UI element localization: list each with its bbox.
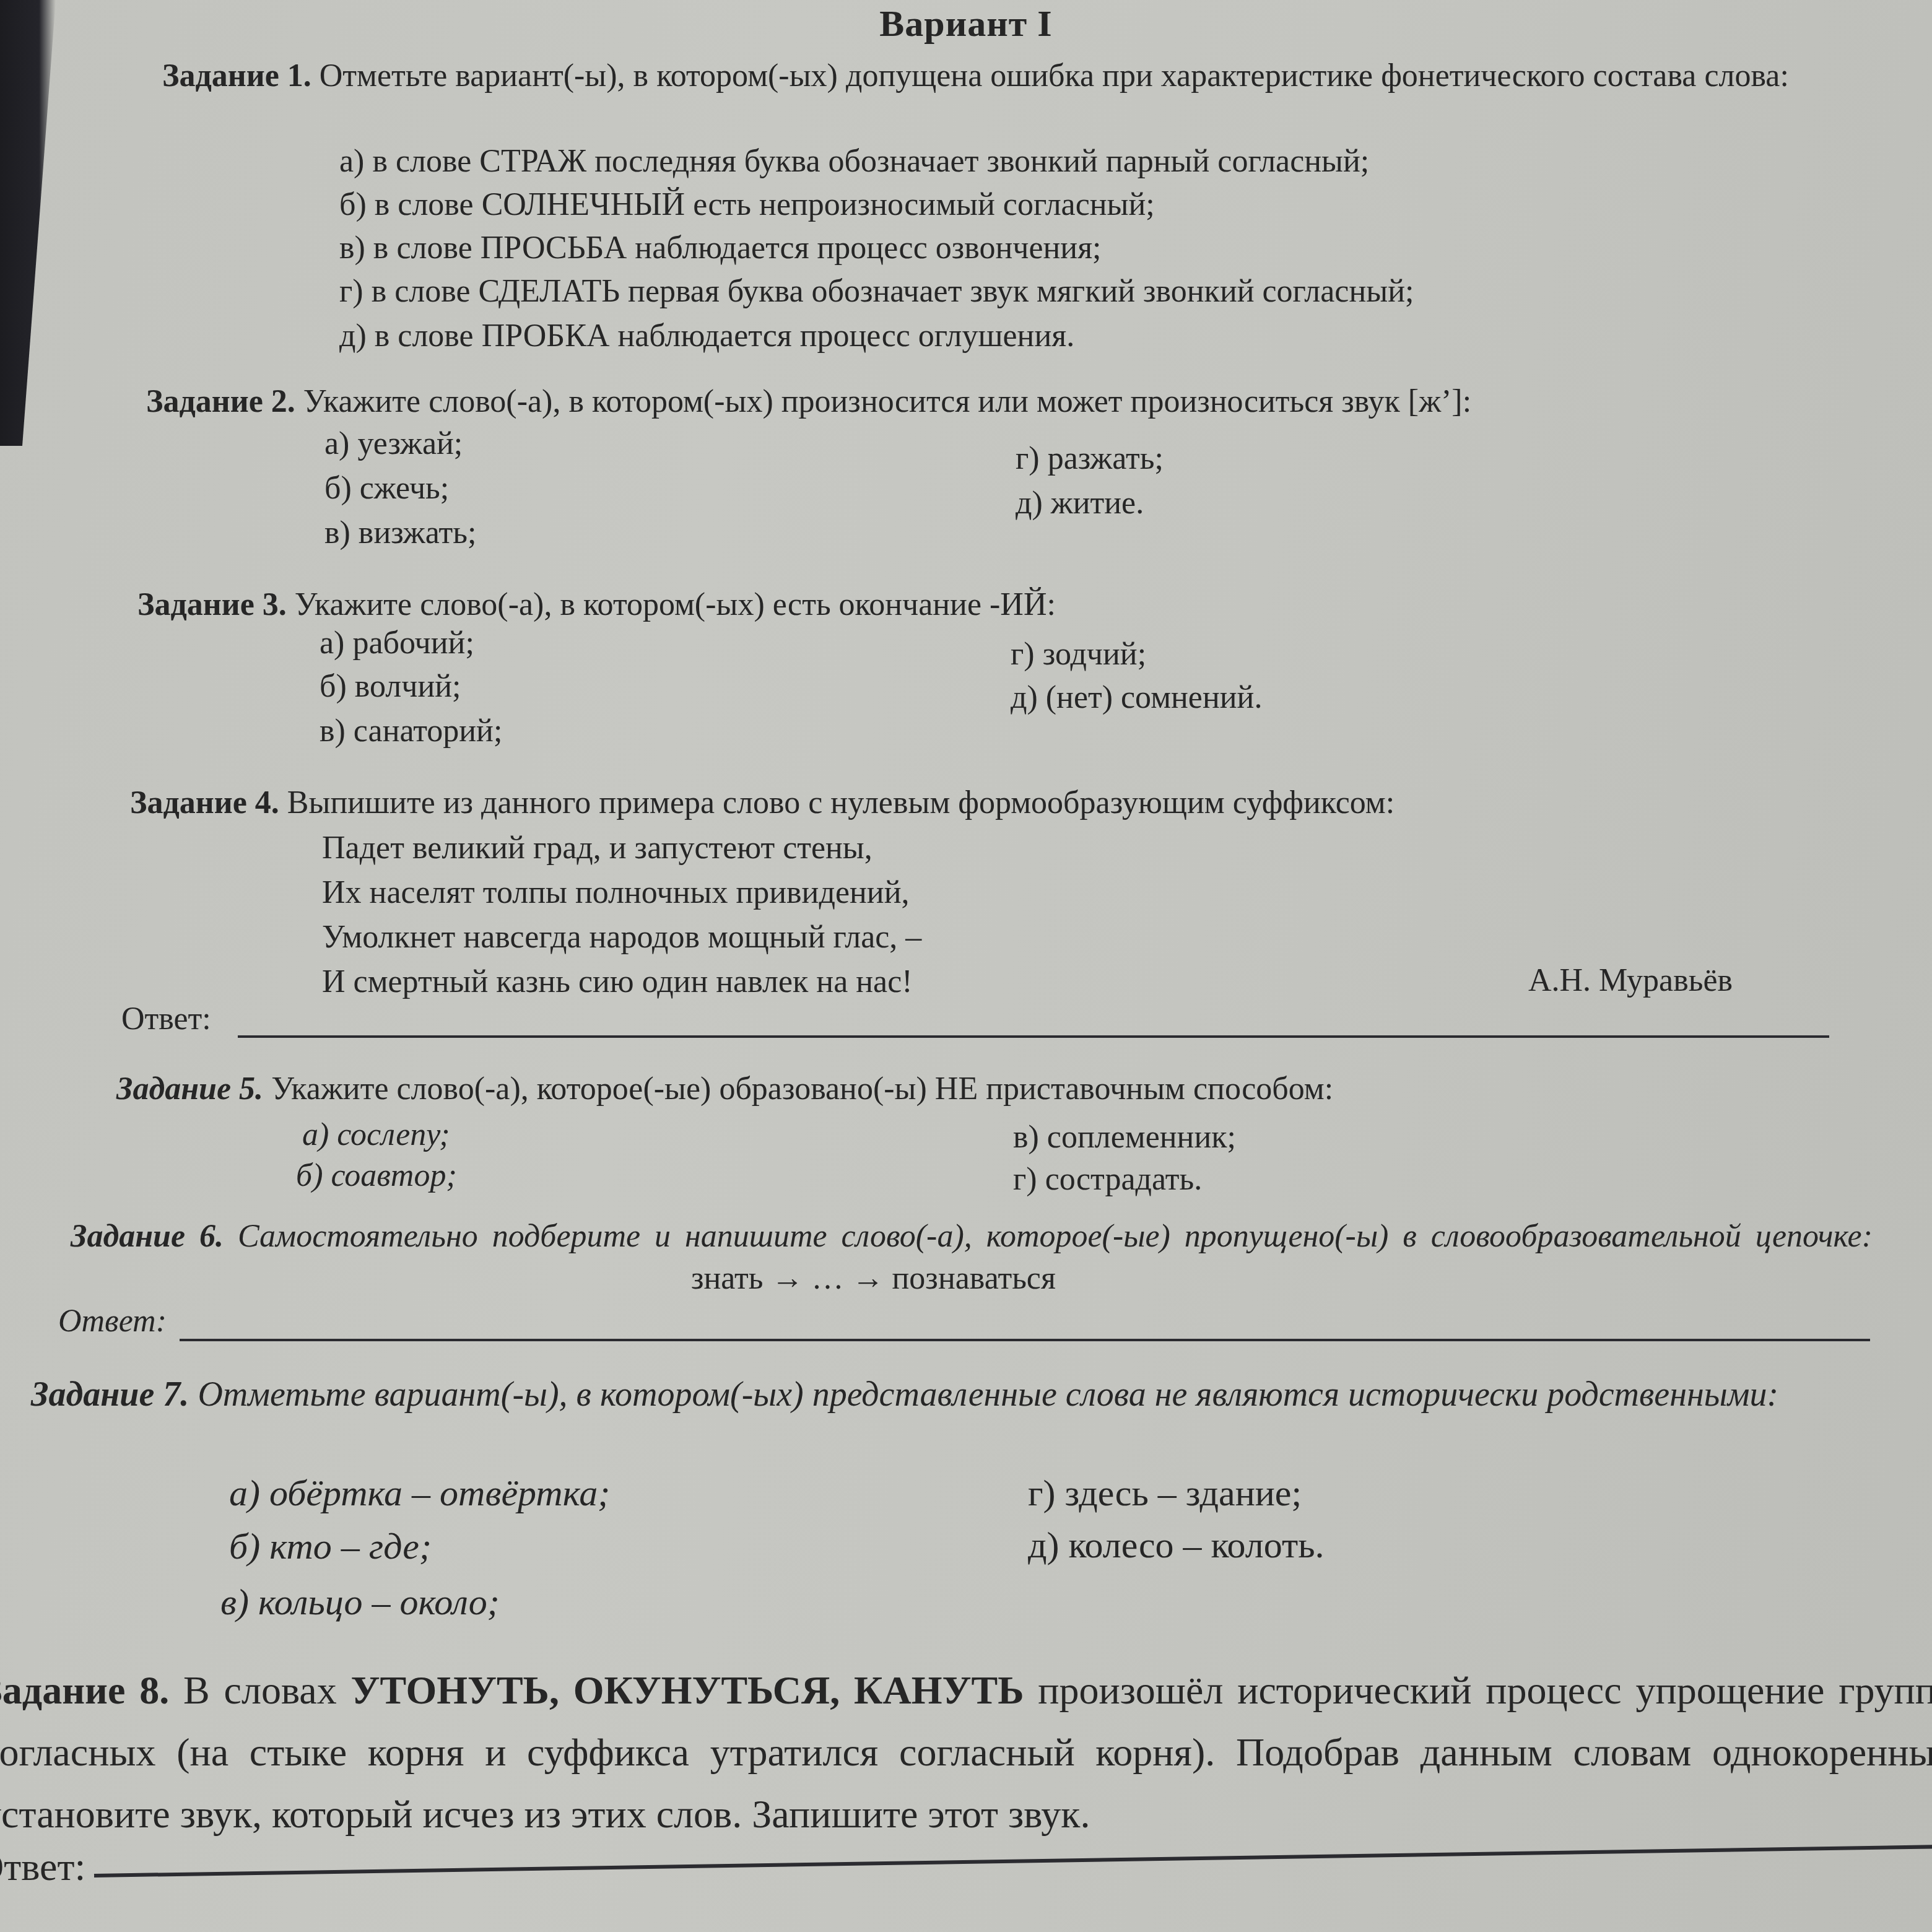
task-2-option-d[interactable]: г) разжать; [1016,437,1164,481]
task-7: Задание 7. Отметьте вариант(-ы), в котор… [31,1371,1901,1418]
task-8-answer-label: Ответ: [0,1845,85,1889]
task-1-option-d[interactable]: г) в слове СДЕЛАТЬ первая буква обознача… [339,270,1414,313]
task-1: Задание 1. Отметьте вариант(-ы), в котор… [162,54,1850,98]
task-7-option-a[interactable]: а) обёртка – отвёртка; [229,1471,610,1515]
task-8-text-before: В словах [183,1668,337,1712]
task-8-answer: Ответ: [0,1844,85,1890]
task-6-label: Задание 6. [71,1219,224,1254]
task-8: Задание 8. В словах УТОНУТЬ, ОКУНУТЬСЯ, … [0,1660,1932,1845]
task-3-option-b[interactable]: б) волчий; [320,665,461,708]
task-8-label: Задание 8. [0,1668,169,1712]
task-2-option-e[interactable]: д) житие. [1016,482,1144,525]
task-6-answer-field[interactable] [180,1339,1870,1341]
task-6-chain: знать → … → познаваться [691,1257,1056,1300]
task-2-label: Задание 2. [146,384,295,419]
task-4-answer-field[interactable] [238,1035,1829,1038]
task-3: Задание 3. Укажите слово(-а), в котором(… [137,583,1056,627]
poem-author: А.Н. Муравьёв [1528,962,1733,999]
task-6-statement: Задание 6. Самостоятельно подберите и на… [71,1216,1873,1257]
task-1-option-a[interactable]: а) в слове СТРАЖ последняя буква обознач… [339,140,1369,183]
task-8-statement: Задание 8. В словах УТОНУТЬ, ОКУНУТЬСЯ, … [0,1660,1932,1845]
task-4: Задание 4. Выпишите из данного примера с… [130,781,1395,825]
task-2-option-c[interactable]: в) визжать; [324,511,476,555]
task-1-statement: Задание 1. Отметьте вариант(-ы), в котор… [162,54,1850,98]
word-chain: знать → … → познаваться [691,1261,1056,1296]
task-7-option-b[interactable]: б) кто – где; [229,1525,432,1568]
task-1-option-b[interactable]: б) в слове СОЛНЕЧНЫЙ есть непроизносимый… [339,183,1155,227]
task-6: Задание 6. Самостоятельно подберите и на… [71,1216,1873,1257]
task-1-option-c[interactable]: в) в слове ПРОСЬБА наблюдается процесс о… [339,227,1102,270]
task-5-text: Укажите слово(-а), которое(-ые) образова… [271,1071,1333,1107]
task-3-option-e[interactable]: д) (нет) сомнений. [1011,676,1262,720]
task-4-poem: Падет великий град, и запустеют стены, И… [322,826,921,1004]
task-2-option-a[interactable]: а) уезжай; [324,422,463,466]
poem-line-1: Падет великий град, и запустеют стены, [322,826,921,871]
task-3-label: Задание 3. [137,587,287,622]
task-1-option-e[interactable]: д) в слове ПРОБКА наблюдается процесс ог… [339,315,1074,358]
task-5-option-a[interactable]: а) сослепу; [302,1113,450,1157]
task-7-text: Отметьте вариант(-ы), в котором(-ых) пре… [198,1375,1778,1414]
task-7-option-d[interactable]: г) здесь – здание; [1028,1471,1302,1515]
task-5-label: Задание 5. [116,1071,263,1107]
poem-line-3: Умолкнет навсегда народов мощный глас, – [322,915,921,960]
task-3-text: Укажите слово(-а), в котором(-ых) есть о… [295,587,1056,622]
task-6-text: Самостоятельно подберите и напишите слов… [238,1219,1873,1254]
poem-line-2: Их населят толпы полночных привидений, [322,871,921,915]
task-5: Задание 5. Укажите слово(-а), которое(-ы… [116,1068,1333,1111]
task-4-label: Задание 4. [130,785,279,820]
task-1-label: Задание 1. [162,58,311,94]
task-5-option-b[interactable]: б) соавтор; [296,1154,457,1198]
task-4-answer: Ответ: [121,1001,211,1037]
task-6-answer: Ответ: [58,1303,167,1339]
poem-line-4: И смертный казнь сию один навлек на нас! [322,960,921,1004]
task-3-option-c[interactable]: в) санаторий; [320,710,502,753]
task-7-option-e[interactable]: д) колесо – колоть. [1028,1523,1325,1567]
task-7-label: Задание 7. [31,1375,189,1414]
task-6-answer-label: Ответ: [58,1303,167,1339]
task-3-option-a[interactable]: а) рабочий; [320,622,474,665]
task-2-option-b[interactable]: б) сжечь; [324,467,449,510]
worksheet-page: Вариант I Задание 1. Отметьте вариант(-ы… [0,0,1932,1932]
task-4-text: Выпишите из данного примера слово с нуле… [287,785,1395,820]
task-8-answer-field[interactable] [94,1845,1932,1878]
task-7-option-c[interactable]: в) кольцо – около; [220,1580,500,1624]
variant-title: Вариант I [0,2,1932,45]
task-5-option-d[interactable]: г) сострадать. [1013,1158,1202,1201]
task-5-option-c[interactable]: в) соплеменник; [1013,1116,1236,1159]
task-2-text: Укажите слово(-а), в котором(-ых) произн… [303,384,1471,419]
task-1-text: Отметьте вариант(-ы), в котором(-ых) доп… [320,58,1789,94]
task-7-statement: Задание 7. Отметьте вариант(-ы), в котор… [31,1371,1901,1418]
task-4-answer-label: Ответ: [121,1001,211,1037]
task-2: Задание 2. Укажите слово(-а), в котором(… [146,380,1471,424]
task-8-keywords: УТОНУТЬ, ОКУНУТЬСЯ, КАНУТЬ [351,1668,1024,1712]
task-3-option-d[interactable]: г) зодчий; [1011,633,1146,676]
